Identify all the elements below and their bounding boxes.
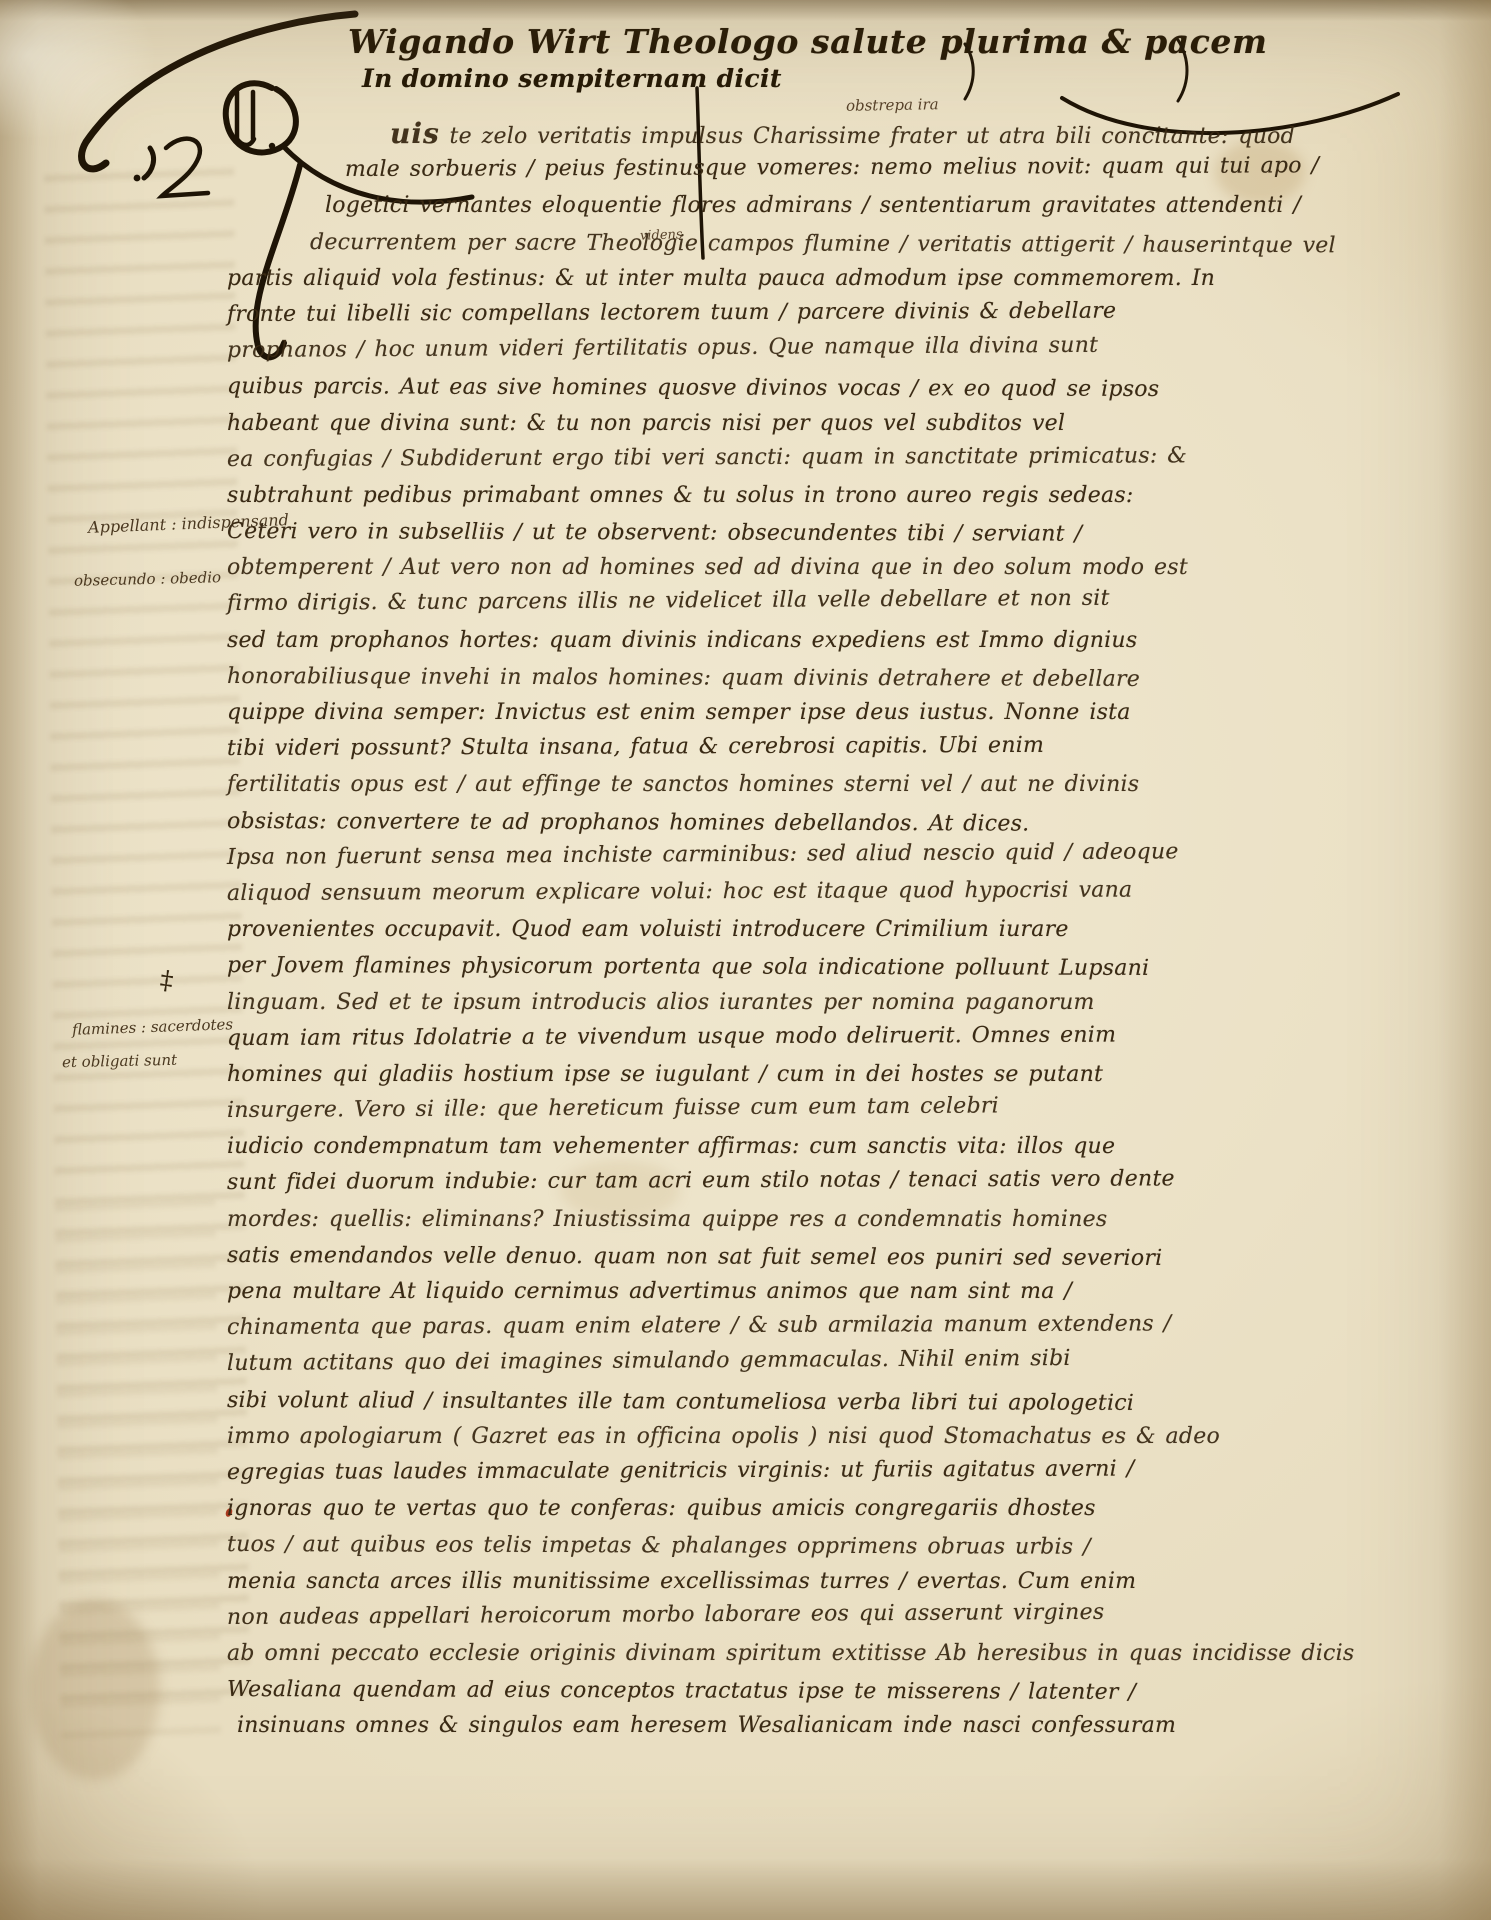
text-line: sunt fidei duorum indubie: cur tam acri … — [227, 1161, 1257, 1201]
text-line: iudicio condempnatum tam vehementer affi… — [227, 1129, 1257, 1165]
text-line: fertilitatis opus est / aut effinge te s… — [227, 767, 1257, 803]
heading-line-2: In domino sempiternam dicit — [362, 64, 1162, 93]
text-line: tuos / aut quibus eos telis impetas & ph… — [227, 1527, 1257, 1566]
text-line: honorabiliusque invehi in malos homines:… — [227, 659, 1257, 698]
text-line: per Jovem flamines physicorum portenta q… — [227, 948, 1257, 987]
text-line: subtrahunt pedibus primabant omnes & tu … — [227, 478, 1257, 514]
text-line: insinuans omnes & singulos eam heresem W… — [237, 1708, 1257, 1744]
text-line: egregias tuas laudes immaculate genitric… — [227, 1451, 1257, 1491]
text-line: ea confugias / Subdiderunt ergo tibi ver… — [227, 438, 1257, 478]
text-line: lutum actitans quo dei imagines simuland… — [227, 1340, 1257, 1382]
text-line: provenientes occupavit. Quod eam voluist… — [227, 912, 1257, 948]
manuscript-page: Wigando Wirt Theologo salute plurima & p… — [0, 0, 1491, 1920]
text-line: quam iam ritus Idolatrie a te vivendum u… — [227, 1017, 1257, 1057]
text-line: male sorbueris / peius festinusque vomer… — [345, 149, 1257, 189]
text-line: quippe divina semper: Invictus est enim … — [227, 695, 1257, 731]
text-line: Wesaliana quendam ad eius conceptos trac… — [227, 1672, 1257, 1711]
text-line: firmo dirigis. & tunc parcens illis ne v… — [227, 580, 1257, 622]
text-line: insurgere. Vero si ille: que hereticum f… — [227, 1087, 1257, 1129]
text-line: prophanos / hoc unum videri fertilitatis… — [227, 327, 1257, 369]
margin-gloss: et obligati sunt — [62, 1051, 177, 1071]
heading-line-1: Wigando Wirt Theologo salute plurima & p… — [348, 22, 1448, 61]
text-line: aliquod sensuum meorum explicare volui: … — [227, 872, 1257, 912]
text-line: habeant que divina sunt: & tu non parcis… — [227, 406, 1257, 442]
text-line: sibi volunt aliud / insultantes ille tam… — [227, 1383, 1257, 1422]
dagger-mark: ‡ — [158, 965, 175, 997]
text-line: sed tam prophanos hortes: quam divinis i… — [227, 623, 1257, 659]
margin-gloss: obsecundo : obedio — [74, 568, 221, 590]
verso-showthrough — [44, 149, 250, 1711]
paper-stain — [30, 1600, 160, 1780]
interlinear-note: obstrepa ira — [846, 95, 939, 115]
text-line: ignoras quo te vertas quo te conferas: q… — [227, 1491, 1257, 1527]
text-line: satis emendandos velle denuo. quam non s… — [227, 1238, 1257, 1277]
text-line: decurrentem per sacre Theologie campos f… — [310, 225, 1257, 264]
text-line: partis aliquid vola festinus: & ut inter… — [227, 261, 1257, 297]
text-line: quibus parcis. Aut eas sive homines quos… — [227, 369, 1257, 408]
text-line: uis te zelo veritatis impulsus Charissim… — [390, 116, 1257, 152]
text-line: tibi videri possunt? Stulta insana, fatu… — [227, 727, 1257, 767]
margin-gloss: flamines : sacerdotes — [72, 1015, 234, 1039]
initial-word: uis — [390, 117, 440, 150]
body-text: uis te zelo veritatis impulsus Charissim… — [227, 116, 1257, 1744]
text-line: Ipsa non fuerunt sensa mea inchiste carm… — [227, 834, 1257, 876]
text-line: pena multare At liquido cernimus adverti… — [227, 1274, 1257, 1310]
text-line: Ceteri vero in subselliis / ut te observ… — [227, 514, 1257, 553]
text-line: non audeas appellari heroicorum morbo la… — [227, 1594, 1257, 1636]
text-line: linguam. Sed et te ipsum introducis alio… — [227, 985, 1257, 1021]
text-line: logetici vernantes eloquentie flores adm… — [325, 188, 1257, 224]
verso-showthrough — [55, 1179, 221, 1741]
text-line: immo apologiarum ( Gazret eas in officin… — [227, 1419, 1257, 1455]
text-line: mordes: quellis: eliminans? Iniustissima… — [227, 1202, 1257, 1238]
text-line: ab omni peccato ecclesie originis divina… — [227, 1636, 1257, 1672]
